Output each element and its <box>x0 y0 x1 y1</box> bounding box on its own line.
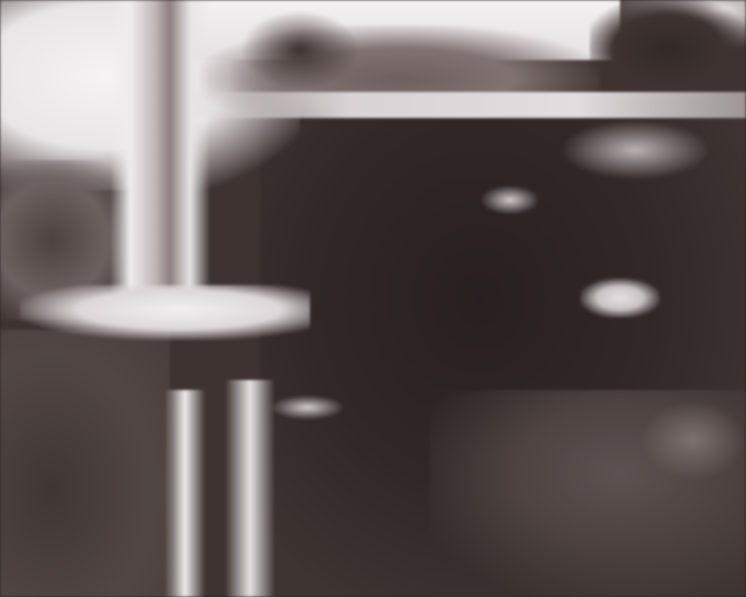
halftone-grain <box>0 0 746 597</box>
historical-photograph <box>0 0 746 597</box>
